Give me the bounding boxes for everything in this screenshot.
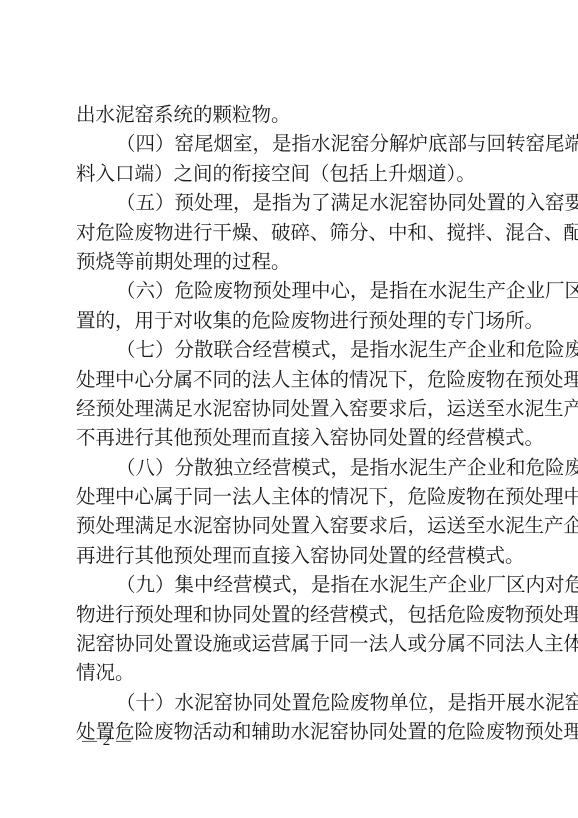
page-number: — 2 —	[82, 733, 132, 750]
paragraph-line: 预烧等前期处理的过程。	[76, 247, 504, 276]
paragraph-line: 情况。	[76, 658, 504, 687]
paragraph-line: 置的，用于对收集的危险废物进行预处理的专门场所。	[76, 306, 504, 335]
paragraph-line: （六）危险废物预处理中心，是指在水泥生产企业厂区外设	[76, 276, 504, 305]
paragraph-line: 不再进行其他预处理而直接入窑协同处置的经营模式。	[76, 423, 504, 452]
paragraph-line: 泥窑协同处置设施或运营属于同一法人或分属不同法人主体的	[76, 629, 504, 658]
paragraph-line: 预处理满足水泥窑协同处置入窑要求后，运送至水泥生产企业不	[76, 511, 504, 540]
document-page: 出水泥窑系统的颗粒物。 （四）窑尾烟室，是指水泥窑分解炉底部与回转窑尾端（物 料…	[0, 0, 578, 818]
paragraph-line: （四）窑尾烟室，是指水泥窑分解炉底部与回转窑尾端（物	[76, 129, 504, 158]
paragraph-line: 处置危险废物活动和辅助水泥窑协同处置的危险废物预处理活	[76, 717, 504, 746]
paragraph-line: （九）集中经营模式，是指在水泥生产企业厂区内对危险废	[76, 570, 504, 599]
paragraph-line: 物进行预处理和协同处置的经营模式，包括危险废物预处理和水	[76, 600, 504, 629]
paragraph-line: 处理中心属于同一法人主体的情况下，危险废物在预处理中心经	[76, 482, 504, 511]
paragraph-line: 再进行其他预处理而直接入窑协同处置的经营模式。	[76, 541, 504, 570]
paragraph-line: 经预处理满足水泥窑协同处置入窑要求后，运送至水泥生产企业	[76, 394, 504, 423]
paragraph-line: （五）预处理，是指为了满足水泥窑协同处置的入窑要求，	[76, 188, 504, 217]
paragraph-line: 处理中心分属不同的法人主体的情况下，危险废物在预处理中心	[76, 365, 504, 394]
paragraph-line: 料入口端）之间的衔接空间（包括上升烟道）。	[76, 159, 504, 188]
document-body: 出水泥窑系统的颗粒物。 （四）窑尾烟室，是指水泥窑分解炉底部与回转窑尾端（物 料…	[76, 100, 504, 747]
paragraph-line: 对危险废物进行干燥、破碎、筛分、中和、搅拌、混合、配伍、	[76, 218, 504, 247]
paragraph-line: （七）分散联合经营模式，是指水泥生产企业和危险废物预	[76, 335, 504, 364]
paragraph-line: （十）水泥窑协同处置危险废物单位，是指开展水泥窑协同	[76, 688, 504, 717]
paragraph-line: 出水泥窑系统的颗粒物。	[76, 100, 504, 129]
paragraph-line: （八）分散独立经营模式，是指水泥生产企业和危险废物预	[76, 453, 504, 482]
